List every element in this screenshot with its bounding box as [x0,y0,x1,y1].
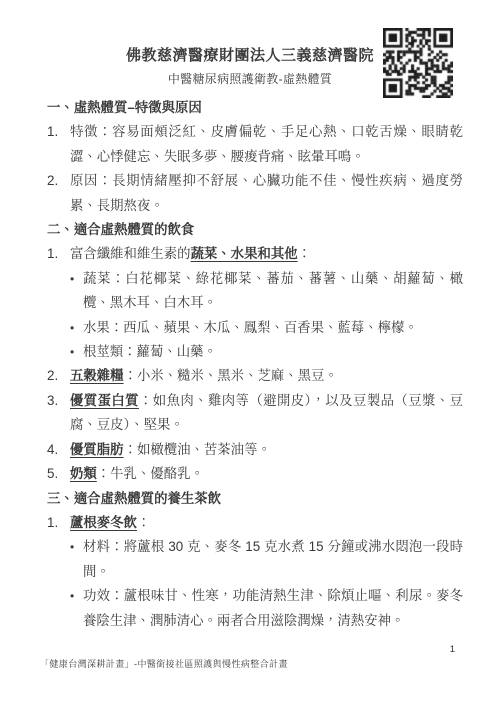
list-number: 1. [47,242,70,266]
list-text-segment: ：小米、糙米、黑米、芝麻、黑豆。 [124,368,338,383]
footer-note: 「健康台灣深耕計畫」-中醫銜接社區照護與慢性病整合計畫 [40,657,288,670]
list-text-emphasis: 優質脂肪 [70,442,124,457]
list-number: 1. [47,511,70,535]
bullet-item: • 根莖類：蘿蔔、山藥。 [47,340,463,364]
list-text: 蘆根麥冬飲： [70,511,463,535]
list-item: 2. 五穀雜糧：小米、糙米、黑米、芝麻、黑豆。 [47,364,463,388]
list-text-emphasis: 五穀雜糧 [70,368,124,383]
list-item: 1. 富含纖維和維生素的蔬菜、水果和其他： [47,242,463,266]
list-text-segment: ：如橄欖油、苦茶油等。 [124,442,271,457]
document-page: 佛教慈濟醫療財團法人三義慈濟醫院 中醫糖尿病照護衛教-虛熱體質 一、虛熱體質–特… [0,0,500,707]
list-text: 奶類：牛乳、優酪乳。 [70,462,463,486]
list-text-emphasis: 優質蛋白質 [70,393,139,408]
list-item: 1. 蘆根麥冬飲： [47,511,463,535]
document-subtitle: 中醫糖尿病照護衛教-虛熱體質 [0,66,500,92]
bullet-text: 材料：將蘆根 30 克、麥冬 15 克水煮 15 分鐘或沸水悶泡一段時間。 [83,535,463,584]
bullet-icon: • [70,535,83,584]
list-text-emphasis: 蔬菜、水果和其他 [191,246,298,261]
list-number: 5. [47,462,70,486]
list-number: 2. [47,364,70,388]
document-body: 一、虛熱體質–特徵與原因 1. 特徵：容易面頰泛紅、皮膚偏乾、手足心熱、口乾舌燥… [47,96,463,633]
list-text: 優質脂肪：如橄欖油、苦茶油等。 [70,438,463,462]
list-text-segment: 富含纖維和維生素的 [70,246,191,261]
bullet-text: 功效：蘆根味甘、性寒，功能清熱生津、除煩止嘔、利尿。麥冬養陰生津、潤肺清心。兩者… [83,584,463,633]
page-number: 1 [430,644,455,655]
bullet-icon: • [70,267,83,316]
bullet-item: • 功效：蘆根味甘、性寒，功能清熱生津、除煩止嘔、利尿。麥冬養陰生津、潤肺清心。… [47,584,463,633]
list-text: 五穀雜糧：小米、糙米、黑米、芝麻、黑豆。 [70,364,463,388]
section-3-heading: 三、適合虛熱體質的養生茶飲 [47,487,463,511]
list-number: 1. [47,120,70,169]
bullet-text: 蔬菜：白花椰菜、綠花椰菜、蕃茄、蕃薯、山藥、胡蘿蔔、橄欖、黑木耳、白木耳。 [83,267,463,316]
list-number: 2. [47,169,70,218]
list-item: 3. 優質蛋白質：如魚肉、雞肉等（避開皮），以及豆製品（豆漿、豆腐、豆皮）、堅果… [47,389,463,438]
list-item: 2. 原因：長期情緒壓抑不舒展、心臟功能不佳、慢性疾病、過度勞累、長期熬夜。 [47,169,463,218]
list-text: 優質蛋白質：如魚肉、雞肉等（避開皮），以及豆製品（豆漿、豆腐、豆皮）、堅果。 [70,389,463,438]
list-text-segment: ：牛乳、優酪乳。 [97,466,204,481]
list-number: 4. [47,438,70,462]
hospital-title: 佛教慈濟醫療財團法人三義慈濟醫院 [0,46,500,66]
list-item: 1. 特徵：容易面頰泛紅、皮膚偏乾、手足心熱、口乾舌燥、眼睛乾澀、心悸健忘、失眠… [47,120,463,169]
list-text-segment: 特徵：容易面頰泛紅、皮膚偏乾、手足心熱、口乾舌燥、眼睛乾澀、心悸健忘、失眠多夢、… [70,124,463,163]
list-text: 原因：長期情緒壓抑不舒展、心臟功能不佳、慢性疾病、過度勞累、長期熬夜。 [70,169,463,218]
list-text: 特徵：容易面頰泛紅、皮膚偏乾、手足心熱、口乾舌燥、眼睛乾澀、心悸健忘、失眠多夢、… [70,120,463,169]
bullet-item: • 材料：將蘆根 30 克、麥冬 15 克水煮 15 分鐘或沸水悶泡一段時間。 [47,535,463,584]
list-item: 5. 奶類：牛乳、優酪乳。 [47,462,463,486]
list-item: 4. 優質脂肪：如橄欖油、苦茶油等。 [47,438,463,462]
bullet-icon: • [70,584,83,633]
list-text-emphasis: 奶類 [70,466,97,481]
bullet-item: • 蔬菜：白花椰菜、綠花椰菜、蕃茄、蕃薯、山藥、胡蘿蔔、橄欖、黑木耳、白木耳。 [47,267,463,316]
list-text-segment: ： [298,246,311,261]
list-text-segment: 原因：長期情緒壓抑不舒展、心臟功能不佳、慢性疾病、過度勞累、長期熬夜。 [70,173,463,212]
list-text-segment: ： [137,515,150,530]
section-2-heading: 二、適合虛熱體質的飲食 [47,218,463,242]
bullet-item: • 水果：西瓜、蘋果、木瓜、鳳梨、百香果、藍莓、檸檬。 [47,316,463,340]
bullet-icon: • [70,316,83,340]
section-1-heading: 一、虛熱體質–特徵與原因 [47,96,463,120]
list-number: 3. [47,389,70,438]
bullet-icon: • [70,340,83,364]
bullet-text: 水果：西瓜、蘋果、木瓜、鳳梨、百香果、藍莓、檸檬。 [83,316,463,340]
bullet-text: 根莖類：蘿蔔、山藥。 [83,340,463,364]
list-text: 富含纖維和維生素的蔬菜、水果和其他： [70,242,463,266]
list-text-emphasis: 蘆根麥冬飲 [70,515,137,530]
document-header: 佛教慈濟醫療財團法人三義慈濟醫院 中醫糖尿病照護衛教-虛熱體質 [0,46,500,92]
